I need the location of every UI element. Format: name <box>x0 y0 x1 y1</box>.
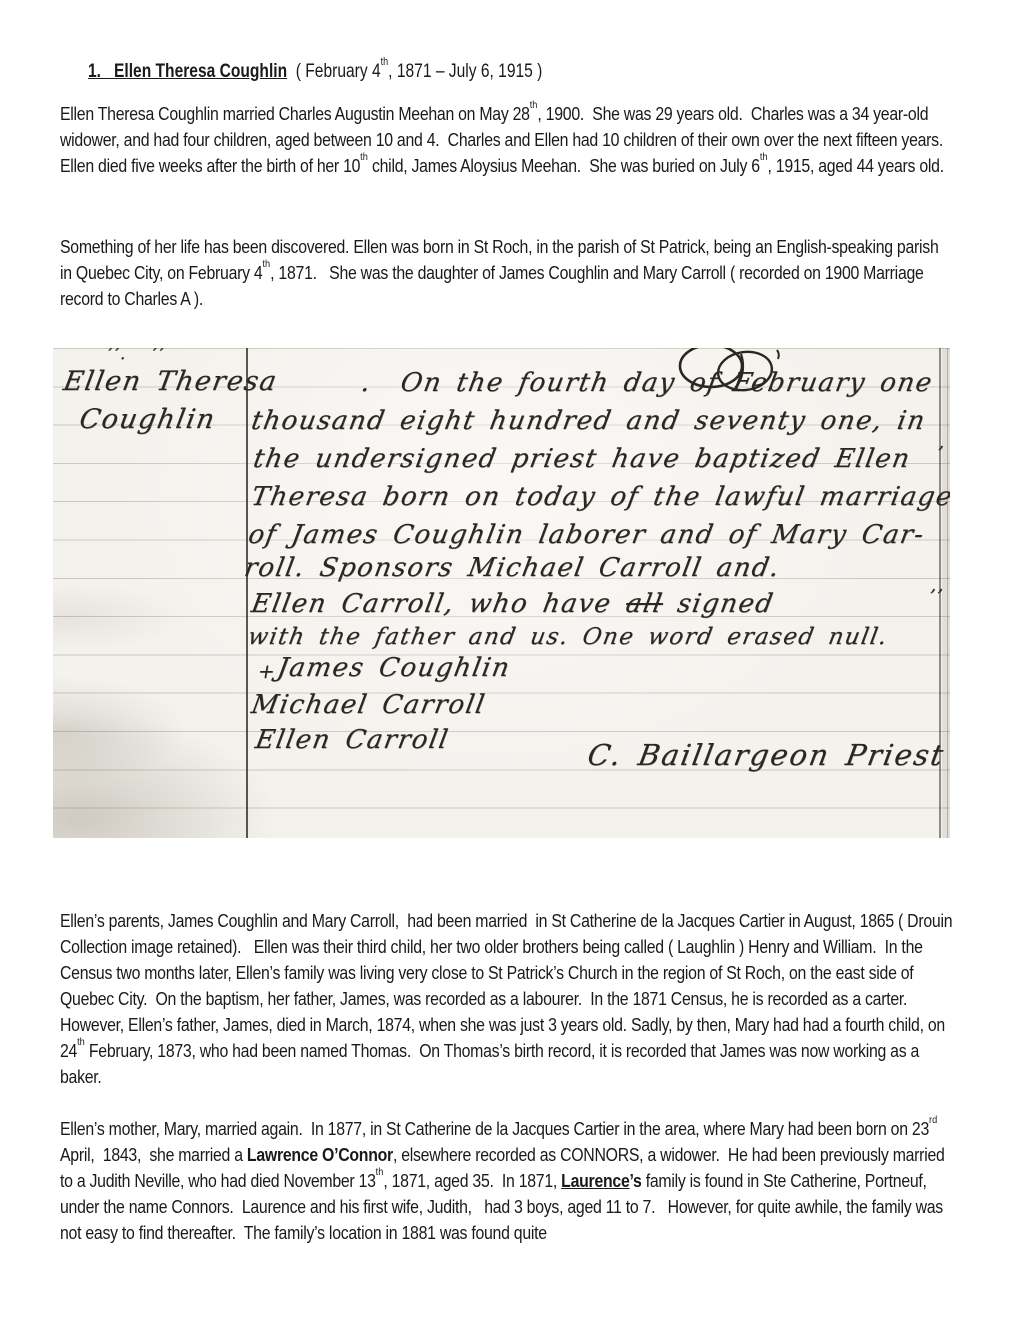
edge-mark-2: ’’ <box>927 586 945 607</box>
paragraph-mother-remarriage: Ellen’s mother, Mary, married again. In … <box>60 1116 952 1246</box>
document-page: 1. Ellen Theresa Coughlin ( February 4th… <box>0 0 1020 1320</box>
edge-mark-1: ’ <box>935 443 946 464</box>
page-edge-line-outer <box>947 348 948 838</box>
record-line-3: the undersigned priest have baptized Ell… <box>251 444 913 474</box>
paragraph-parents-history: Ellen’s parents, James Coughlin and Mary… <box>60 908 952 1090</box>
margin-name-line1: Ellen Theresa <box>61 366 280 397</box>
page-title: 1. Ellen Theresa Coughlin ( February 4th… <box>88 61 542 83</box>
signature-ellen-carroll: Ellen Carroll <box>253 725 451 755</box>
record-line-6: roll. Sponsors Michael Carroll and. <box>242 553 783 583</box>
record-line-5: of James Coughlin laborer and of Mary Ca… <box>246 520 927 550</box>
record-line-8: with the father and us. One word erased … <box>246 624 890 650</box>
signature-james-coughlin: James Coughlin <box>275 653 513 683</box>
ledger-vertical-rule <box>246 348 248 838</box>
paragraph-birth-details: Something of her life has been discovere… <box>60 234 952 312</box>
record-line-4: Theresa born on today of the lawful marr… <box>249 482 950 512</box>
record-line-7: Ellen Carroll, who have all signed <box>249 589 776 619</box>
cutoff-handwriting-marks: ’’. ’’ <box>105 348 167 364</box>
signature-priest: C. Baillargeon Priest <box>585 738 948 772</box>
signature-michael-carroll: Michael Carroll <box>249 690 488 720</box>
record-line-1: . On the fourth day of February one <box>359 368 935 398</box>
record-line-2: thousand eight hundred and seventy one, … <box>249 406 928 436</box>
margin-name-line2: Coughlin <box>77 404 218 435</box>
baptism-record-scan: ’’. ’’ Ellen Theresa Coughlin . On the f… <box>53 348 950 838</box>
paragraph-marriage-summary: Ellen Theresa Coughlin married Charles A… <box>60 101 952 179</box>
